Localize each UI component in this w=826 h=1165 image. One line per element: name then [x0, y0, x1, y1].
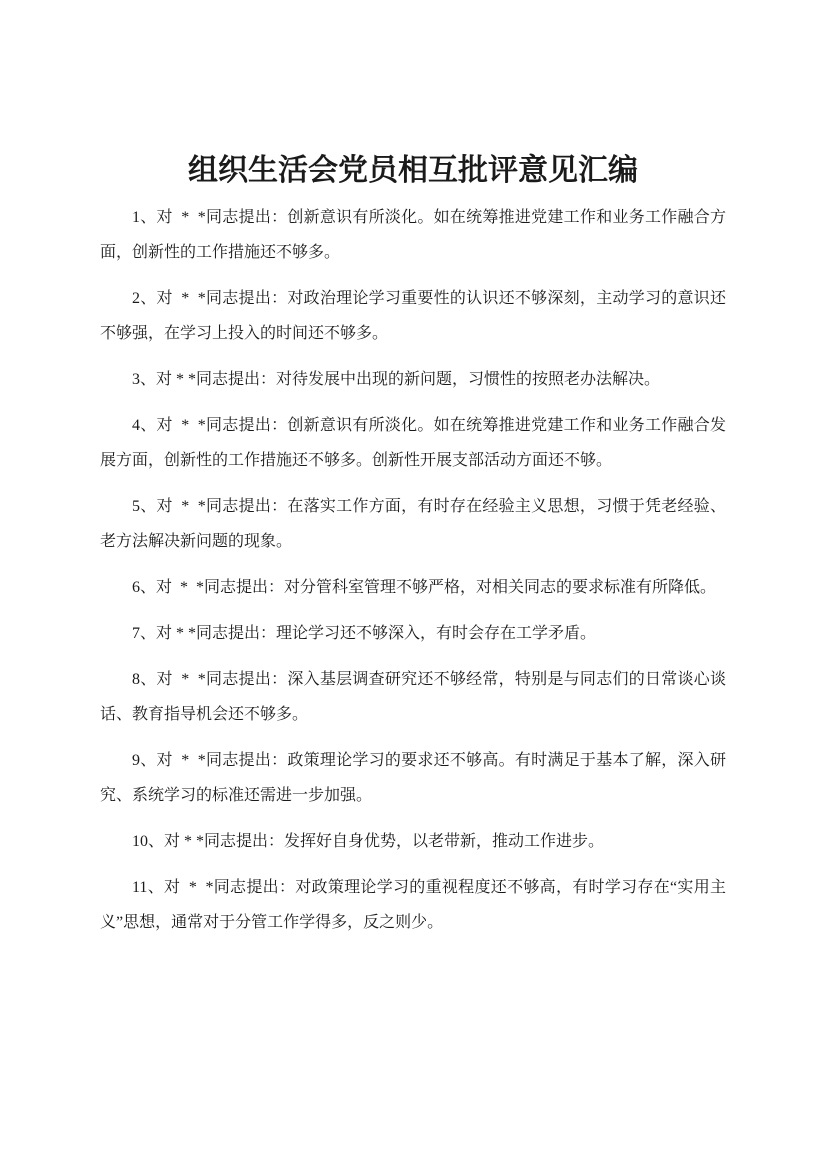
paragraph-7: 7、对 * *同志提出：理论学习还不够深入，有时会存在工学矛盾。 [100, 616, 726, 651]
paragraph-11: 11、对 * *同志提出：对政策理论学习的重视程度还不够高，有时学习存在“实用主… [100, 870, 726, 940]
paragraph-8: 8、对 * *同志提出：深入基层调查研究还不够经常，特别是与同志们的日常谈心谈话… [100, 662, 726, 732]
paragraph-2: 2、对 * *同志提出：对政治理论学习重要性的认识还不够深刻，主动学习的意识还不… [100, 281, 726, 351]
paragraph-1: 1、对 * *同志提出：创新意识有所淡化。如在统筹推进党建工作和业务工作融合方面… [100, 200, 726, 270]
paragraph-9: 9、对 * *同志提出：政策理论学习的要求还不够高。有时满足于基本了解，深入研究… [100, 743, 726, 813]
paragraph-6: 6、对 * *同志提出：对分管科室管理不够严格，对相关同志的要求标准有所降低。 [100, 570, 726, 605]
document-title: 组织生活会党员相互批评意见汇编 [100, 148, 726, 194]
paragraph-3: 3、对 * *同志提出：对待发展中出现的新问题，习惯性的按照老办法解决。 [100, 362, 726, 397]
paragraph-4: 4、对 * *同志提出：创新意识有所淡化。如在统筹推进党建工作和业务工作融合发展… [100, 408, 726, 478]
paragraph-5: 5、对 * *同志提出：在落实工作方面，有时存在经验主义思想，习惯于凭老经验、老… [100, 489, 726, 559]
document-page: 组织生活会党员相互批评意见汇编 1、对 * *同志提出：创新意识有所淡化。如在统… [0, 0, 826, 1165]
document-body: 1、对 * *同志提出：创新意识有所淡化。如在统筹推进党建工作和业务工作融合方面… [100, 200, 726, 940]
paragraph-10: 10、对 * *同志提出：发挥好自身优势，以老带新，推动工作进步。 [100, 824, 726, 859]
